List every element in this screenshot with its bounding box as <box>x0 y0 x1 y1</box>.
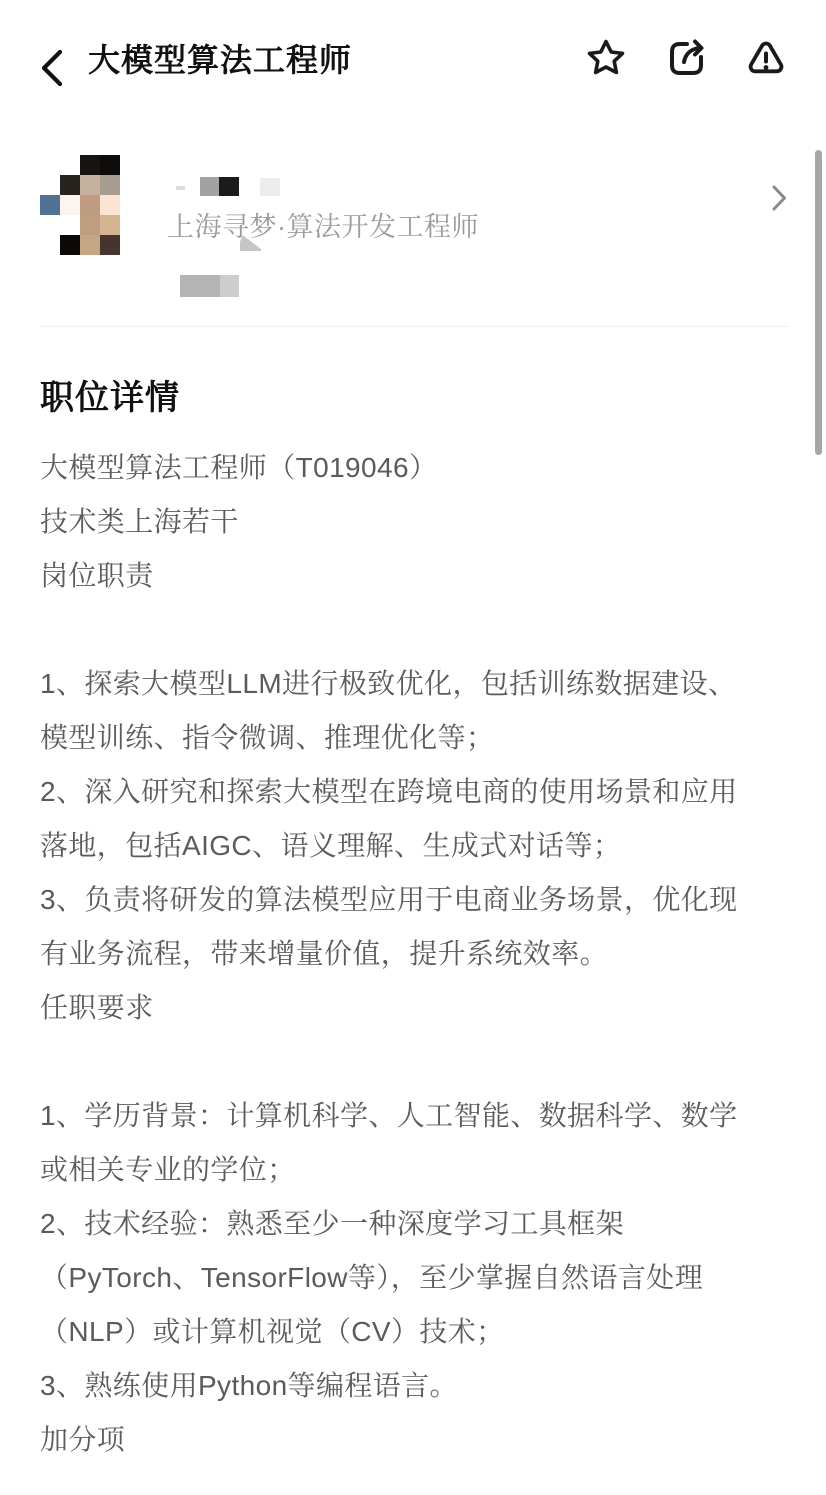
job-description-line: 1、学历背景：计算机科学、人工智能、数据科学、数学 <box>40 1089 790 1143</box>
redacted-name-block <box>200 177 219 196</box>
avatar-pixel <box>80 155 100 175</box>
avatar-pixel <box>80 235 100 255</box>
avatar-pixel <box>40 215 60 235</box>
job-description-line: 落地，包括AIGC、语义理解、生成式对话等； <box>40 819 790 873</box>
nav-actions <box>584 0 788 115</box>
redacted-name-block <box>260 178 280 196</box>
job-detail-page: 大模型算法工程师 上海寻梦·算法开发工程师 <box>0 0 826 1495</box>
avatar-pixel <box>80 195 100 215</box>
job-description-line: 模型训练、指令微调、推理优化等； <box>40 711 790 765</box>
avatar-pixel <box>40 235 60 255</box>
avatar-pixel <box>100 215 120 235</box>
job-description-line: 任职要求 <box>40 981 790 1035</box>
avatar-pixel <box>100 175 120 195</box>
redacted-info-block <box>220 275 239 297</box>
card-divider <box>40 326 788 327</box>
job-description-line: 3、负责将研发的算法模型应用于电商业务场景，优化现 <box>40 873 790 927</box>
avatar-pixel <box>100 155 120 175</box>
warning-icon[interactable] <box>744 36 788 80</box>
job-description-line <box>40 603 790 657</box>
job-description-line: 技术类上海若干 <box>40 495 790 549</box>
job-description-line: 或相关专业的学位； <box>40 1143 790 1197</box>
avatar-pixel <box>40 175 60 195</box>
share-icon[interactable] <box>664 36 708 80</box>
nav-bar: 大模型算法工程师 <box>0 0 826 116</box>
avatar <box>40 155 120 255</box>
avatar-pixel <box>40 155 60 175</box>
redacted-info-block <box>180 275 220 297</box>
job-description-line: 3、熟练使用Python等编程语言。 <box>40 1359 790 1413</box>
page-title: 大模型算法工程师 <box>88 0 352 115</box>
job-description-line: 2、深入研究和探索大模型在跨境电商的使用场景和应用 <box>40 765 790 819</box>
job-description-line: （PyTorch、TensorFlow等），至少掌握自然语言处理 <box>40 1251 790 1305</box>
avatar-pixel <box>40 195 60 215</box>
back-icon[interactable] <box>40 49 64 87</box>
avatar-pixel <box>80 175 100 195</box>
job-description-line: 岗位职责 <box>40 549 790 603</box>
job-description: 大模型算法工程师（T019046） 技术类上海若干 岗位职责 1、探索大模型LL… <box>40 441 790 1467</box>
avatar-pixel <box>60 195 80 215</box>
avatar-pixel <box>80 215 100 235</box>
avatar-pixel <box>60 215 80 235</box>
recruiter-subtitle: 上海寻梦·算法开发工程师 <box>167 205 479 244</box>
job-description-line: 有业务流程，带来增量价值，提升系统效率。 <box>40 927 790 981</box>
avatar-pixel <box>60 175 80 195</box>
redacted-name-block <box>219 177 239 196</box>
recruiter-card[interactable]: 上海寻梦·算法开发工程师 <box>0 115 826 327</box>
job-description-line: （NLP）或计算机视觉（CV）技术； <box>40 1305 790 1359</box>
job-description-line: 1、探索大模型LLM进行极致优化，包括训练数据建设、 <box>40 657 790 711</box>
avatar-pixel <box>60 155 80 175</box>
avatar-pixel <box>60 235 80 255</box>
redacted-name-dash <box>176 186 185 190</box>
avatar-pixel <box>100 235 120 255</box>
job-description-line: 大模型算法工程师（T019046） <box>40 441 790 495</box>
star-icon[interactable] <box>584 36 628 80</box>
job-description-line: 2、技术经验：熟悉至少一种深度学习工具框架 <box>40 1197 790 1251</box>
avatar-pixel <box>100 195 120 215</box>
job-description-line <box>40 1035 790 1089</box>
section-title: 职位详情 <box>40 370 180 419</box>
scrollbar[interactable] <box>815 150 822 455</box>
job-description-line: 加分项 <box>40 1413 790 1467</box>
chevron-right-icon[interactable] <box>771 184 788 212</box>
